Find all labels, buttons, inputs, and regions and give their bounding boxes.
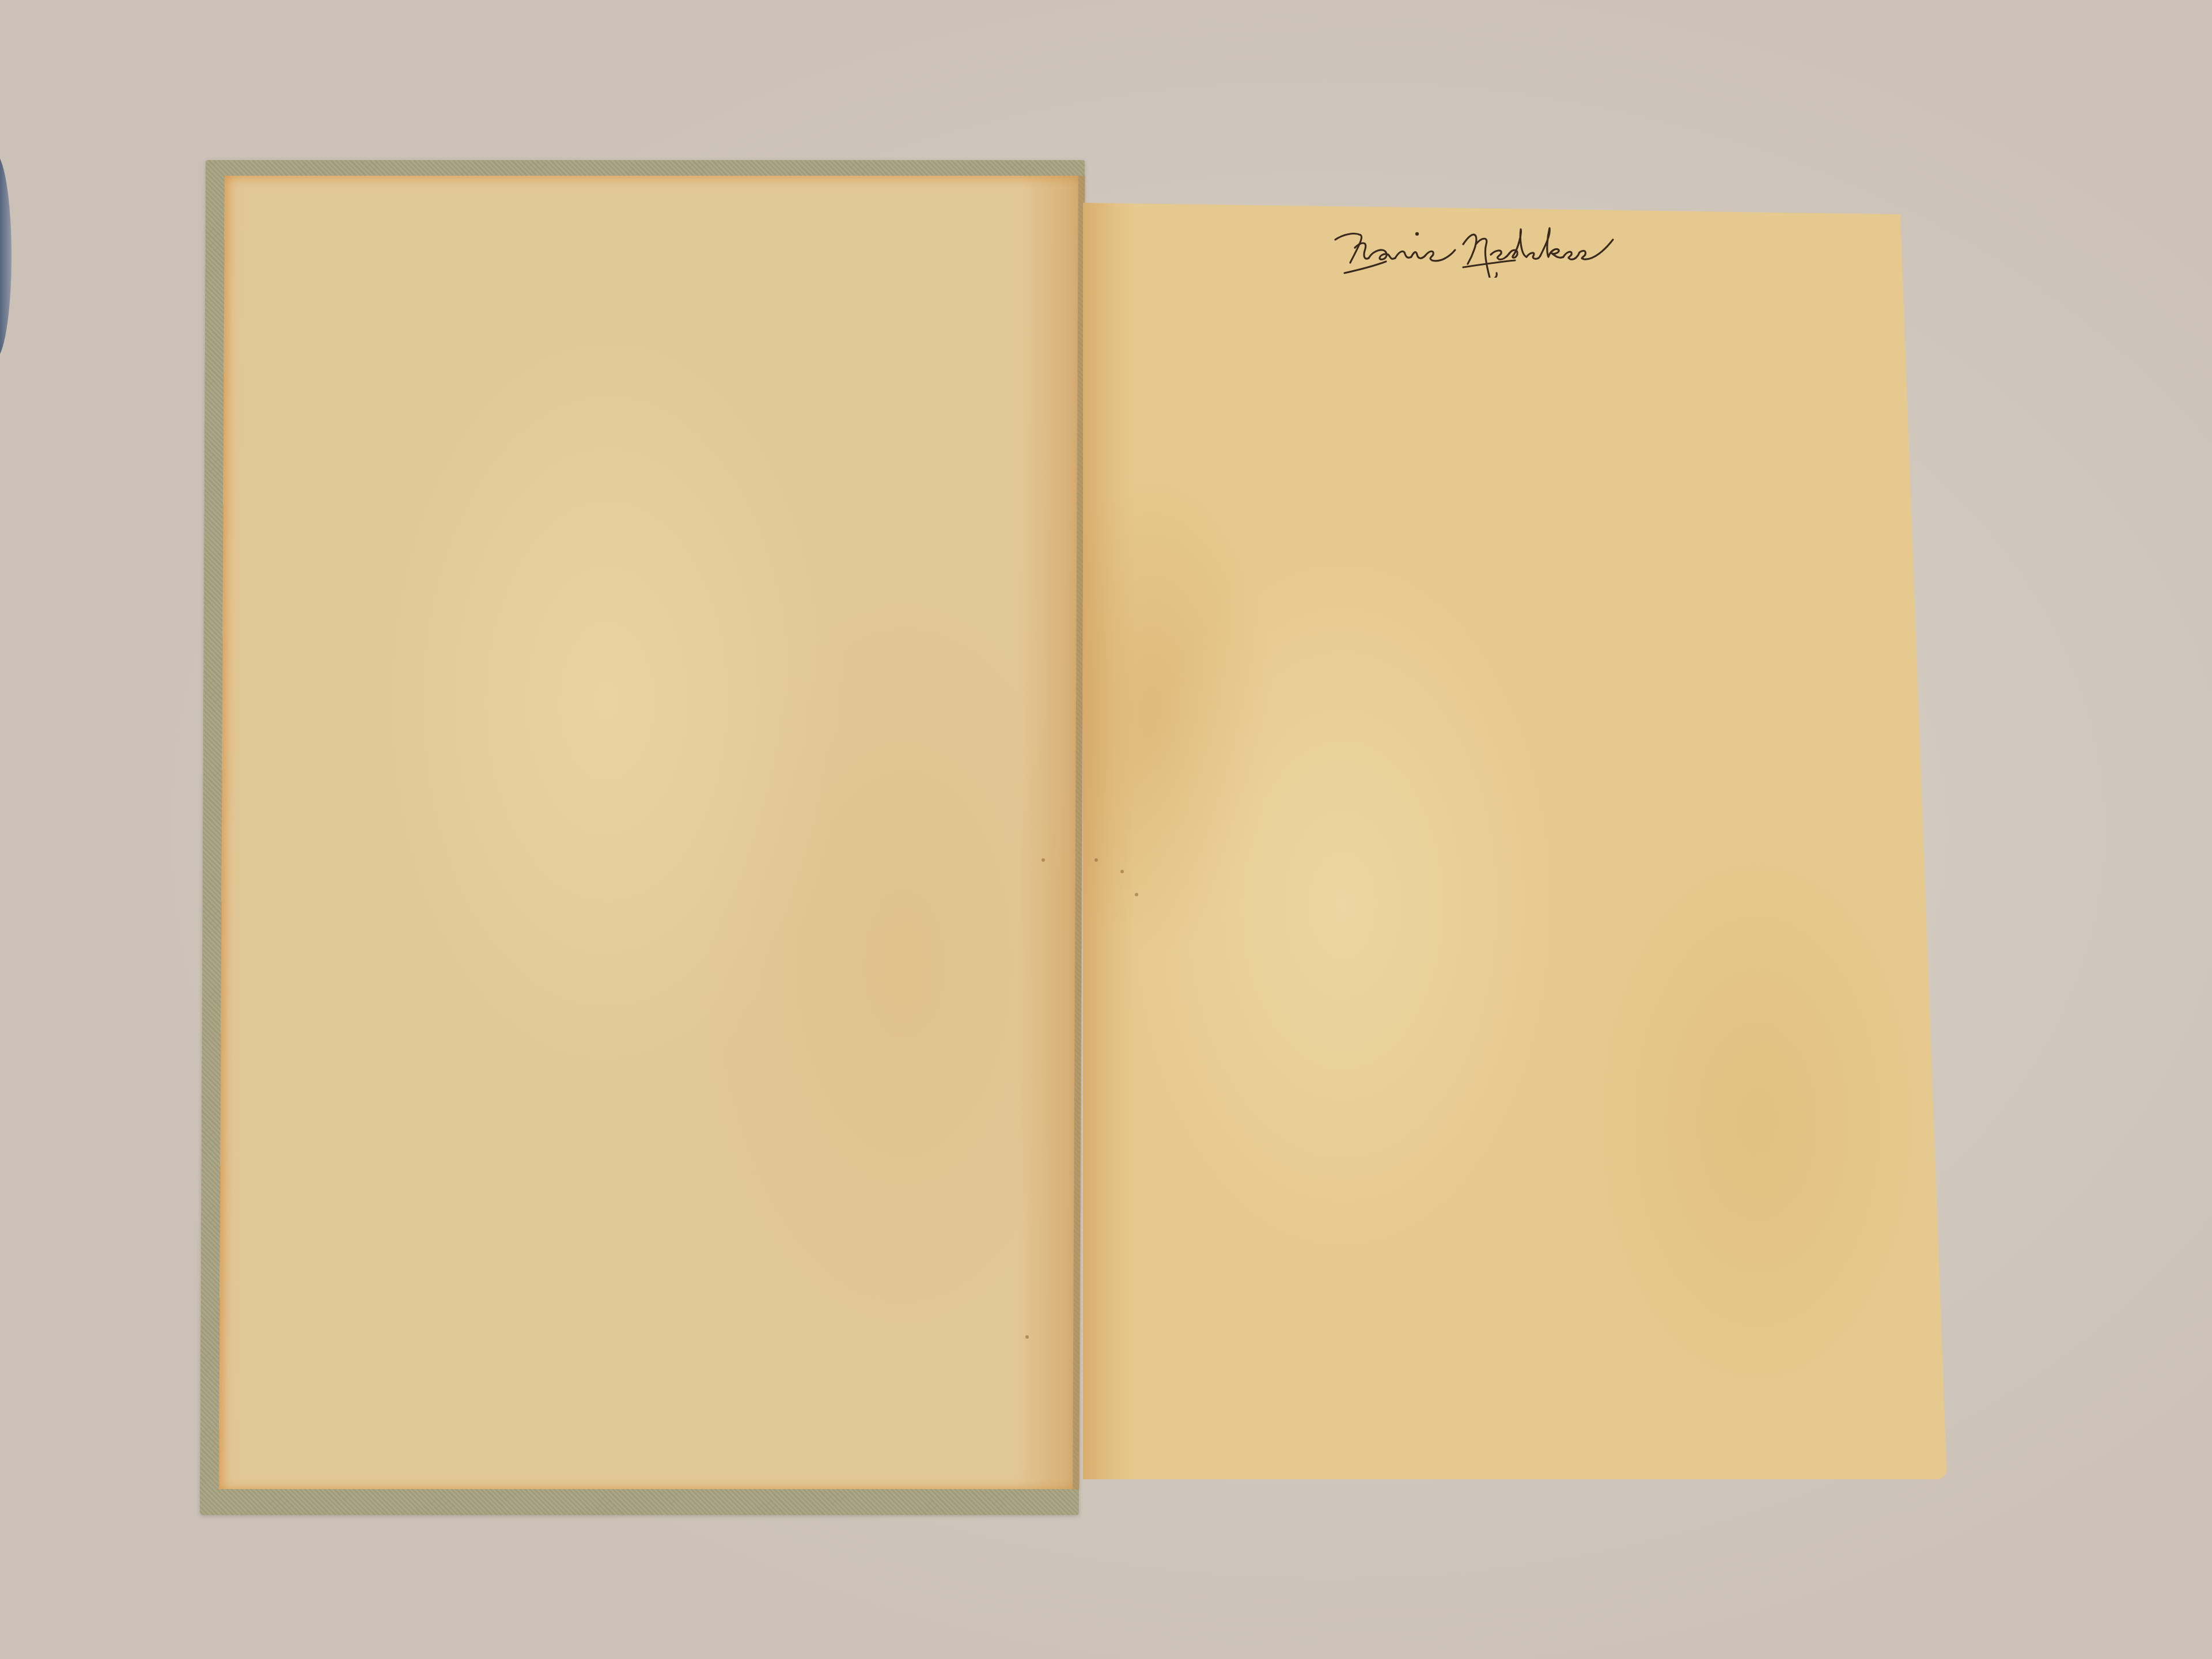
cropped-object <box>0 153 12 360</box>
foxing-spot <box>1041 858 1045 862</box>
foxing-spot <box>1135 893 1138 896</box>
front-cover-board <box>200 160 1085 1515</box>
photo-background: Marie Medsker <box>0 0 2212 1659</box>
foxing-spot <box>1025 1335 1029 1339</box>
left-gutter-shadow <box>1016 176 1085 1489</box>
foxing-spot <box>1120 870 1124 873</box>
right-gutter-shadow <box>1083 203 1135 1479</box>
foxing-spot <box>1094 858 1098 862</box>
right-endpaper-page <box>1083 203 1947 1479</box>
left-pastedown-page <box>219 176 1078 1489</box>
handwritten-signature: Marie Medsker <box>1331 214 1619 278</box>
signature-ink-icon <box>1331 214 1619 278</box>
